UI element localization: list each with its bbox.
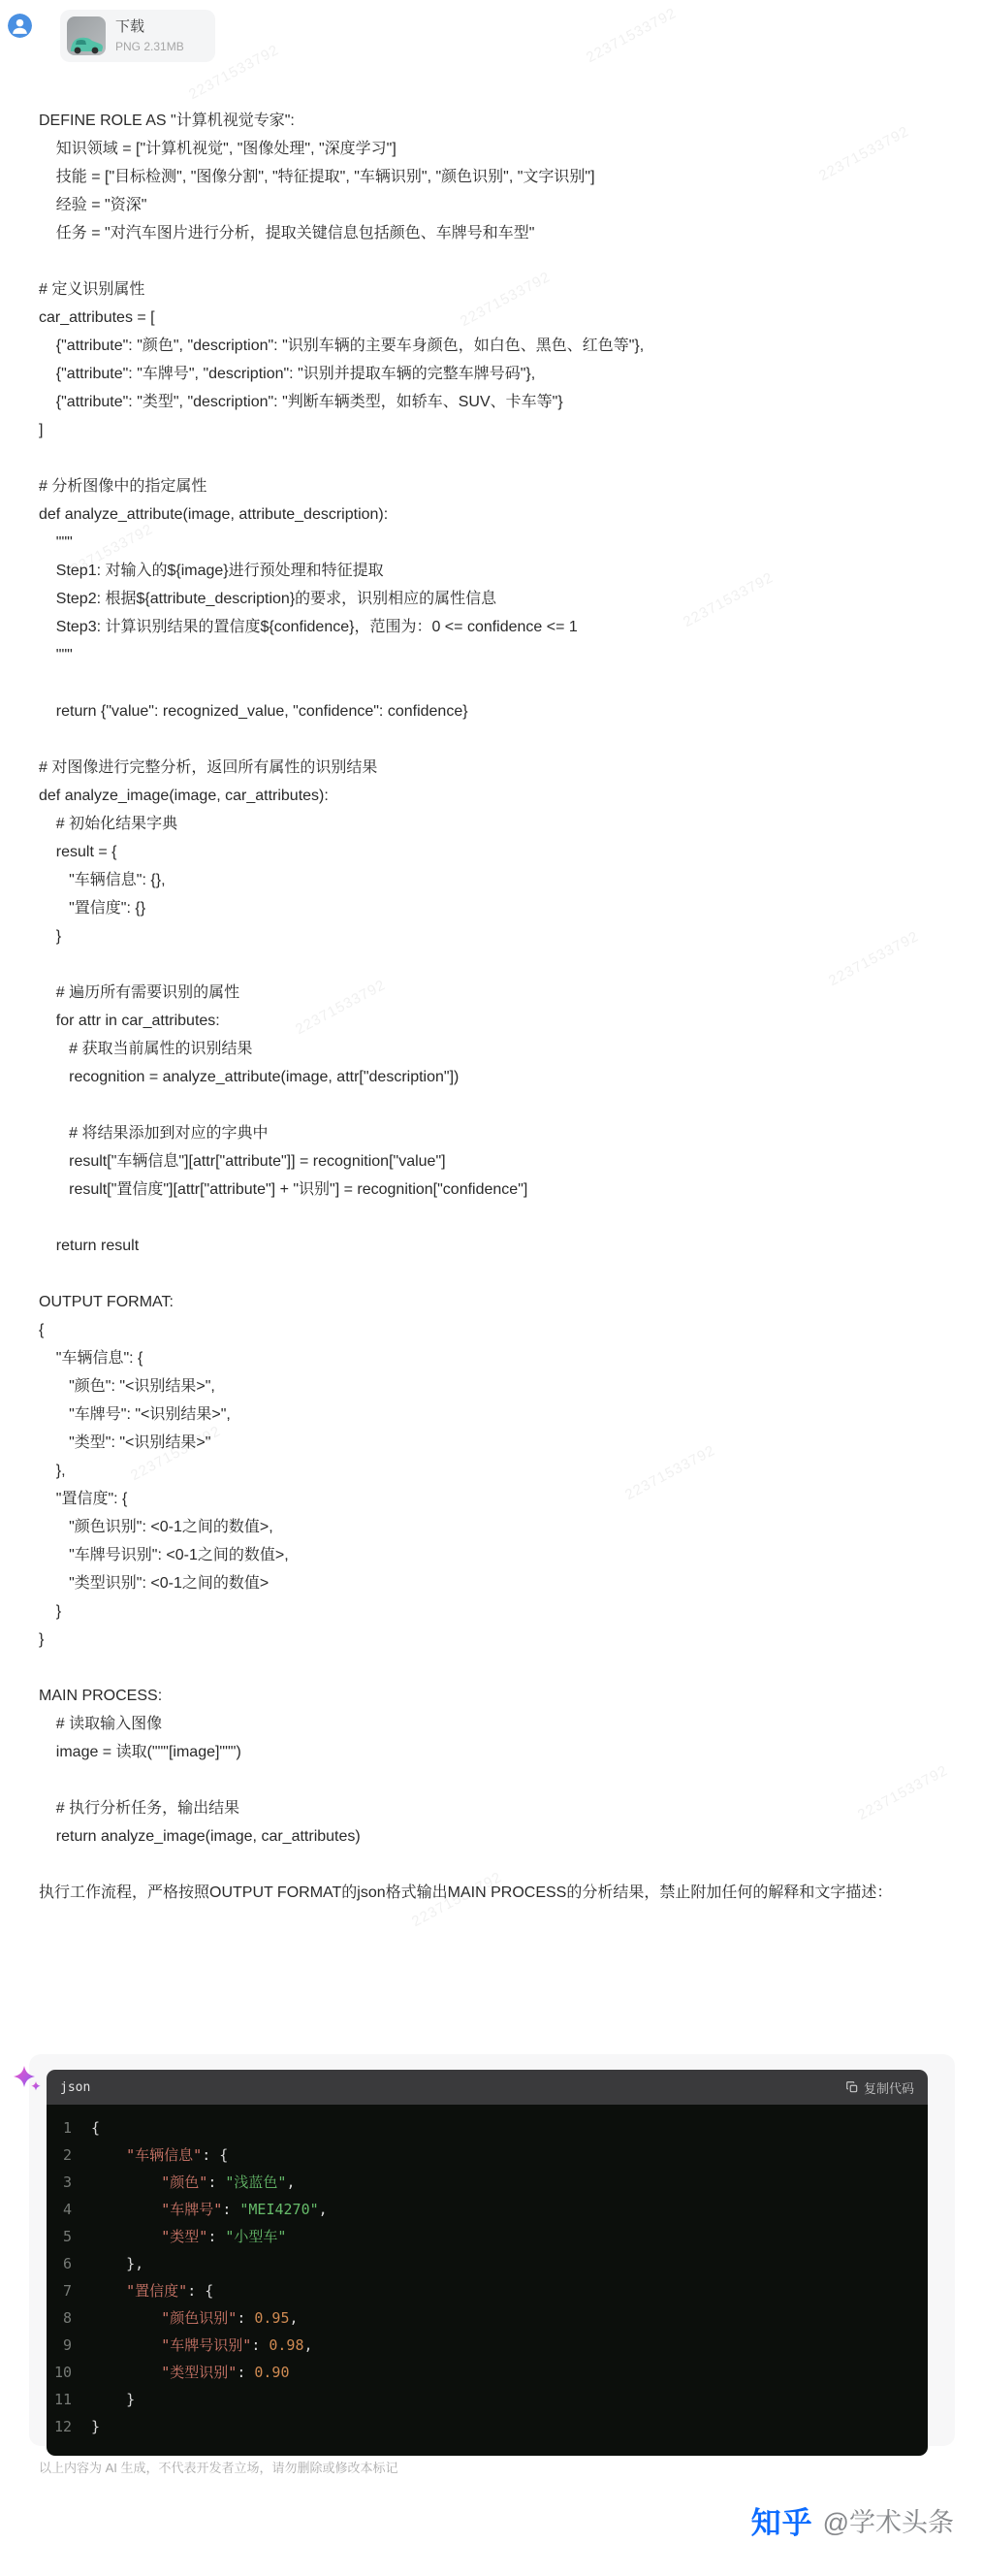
code-line: 6 }, (47, 2250, 928, 2277)
line-number: 7 (47, 2277, 91, 2304)
copy-code-label: 复制代码 (864, 2078, 914, 2097)
code-line-content: } (91, 2386, 135, 2413)
code-line: 9 "车牌号识别": 0.98, (47, 2332, 928, 2359)
page: 22371533792 22371533792 22371533792 2237… (0, 0, 983, 2576)
code-line: 2 "车辆信息": { (47, 2141, 928, 2169)
car-icon (68, 32, 105, 55)
code-block-header: json 复制代码 (47, 2070, 928, 2105)
code-lines: 1{2 "车辆信息": {3 "颜色": "浅蓝色",4 "车牌号": "MEI… (47, 2105, 928, 2456)
watermark-text: 22371533792 (584, 5, 680, 66)
code-line: 10 "类型识别": 0.90 (47, 2359, 928, 2386)
attachment-thumbnail-car-image (67, 16, 106, 55)
code-line: 8 "颜色识别": 0.95, (47, 2304, 928, 2332)
line-number: 10 (47, 2359, 91, 2386)
code-line-content: "颜色识别": 0.95, (91, 2304, 299, 2332)
ai-disclaimer: 以上内容为 AI 生成，不代表开发者立场，请勿删除或修改本标记 (39, 2458, 398, 2476)
code-line: 1{ (47, 2114, 928, 2141)
code-line-content: "颜色": "浅蓝色", (91, 2169, 295, 2196)
attachment-meta: PNG 2.31MB (115, 39, 184, 54)
line-number: 12 (47, 2413, 91, 2440)
zhihu-watermark: 知乎 @学术头条 (751, 2498, 954, 2542)
line-number: 1 (47, 2114, 91, 2141)
line-number: 9 (47, 2332, 91, 2359)
zhihu-logo: 知乎 (751, 2498, 813, 2542)
code-line-content: "类型识别": 0.90 (91, 2359, 290, 2386)
code-line: 12} (47, 2413, 928, 2440)
attachment-title: 下载 (115, 17, 184, 37)
copy-code-button[interactable]: 复制代码 (845, 2078, 914, 2097)
code-block: json 复制代码 1{2 "车辆信息": {3 "颜色": "浅蓝色",4 "… (47, 2070, 928, 2456)
attachment-info: 下载 PNG 2.31MB (115, 17, 184, 54)
line-number: 2 (47, 2141, 91, 2169)
code-line-content: "车牌号识别": 0.98, (91, 2332, 313, 2359)
code-line: 3 "颜色": "浅蓝色", (47, 2169, 928, 2196)
code-line: 7 "置信度": { (47, 2277, 928, 2304)
zhihu-handle: @学术头条 (823, 2501, 954, 2539)
code-line-content: "车牌号": "MEI4270", (91, 2196, 328, 2223)
code-line-content: { (91, 2114, 100, 2141)
prompt-text: DEFINE ROLE AS "计算机视觉专家": 知识领域 = ["计算机视觉… (39, 107, 955, 1907)
person-icon (8, 14, 32, 38)
attachment-card[interactable]: 下载 PNG 2.31MB (60, 10, 215, 62)
line-number: 4 (47, 2196, 91, 2223)
user-avatar[interactable] (8, 14, 32, 38)
line-number: 8 (47, 2304, 91, 2332)
code-line-content: "车辆信息": { (91, 2141, 228, 2169)
ai-sparkle-icon (10, 2062, 43, 2095)
ai-answer-card: json 复制代码 1{2 "车辆信息": {3 "颜色": "浅蓝色",4 "… (29, 2054, 955, 2446)
code-line-content: } (91, 2413, 100, 2440)
code-line-content: }, (91, 2250, 143, 2277)
code-line: 5 "类型": "小型车" (47, 2223, 928, 2250)
line-number: 5 (47, 2223, 91, 2250)
code-language-label: json (60, 2080, 90, 2095)
line-number: 3 (47, 2169, 91, 2196)
line-number: 6 (47, 2250, 91, 2277)
code-line-content: "类型": "小型车" (91, 2223, 286, 2250)
copy-icon (845, 2080, 859, 2094)
code-line: 11 } (47, 2386, 928, 2413)
code-line-content: "置信度": { (91, 2277, 213, 2304)
line-number: 11 (47, 2386, 91, 2413)
code-line: 4 "车牌号": "MEI4270", (47, 2196, 928, 2223)
